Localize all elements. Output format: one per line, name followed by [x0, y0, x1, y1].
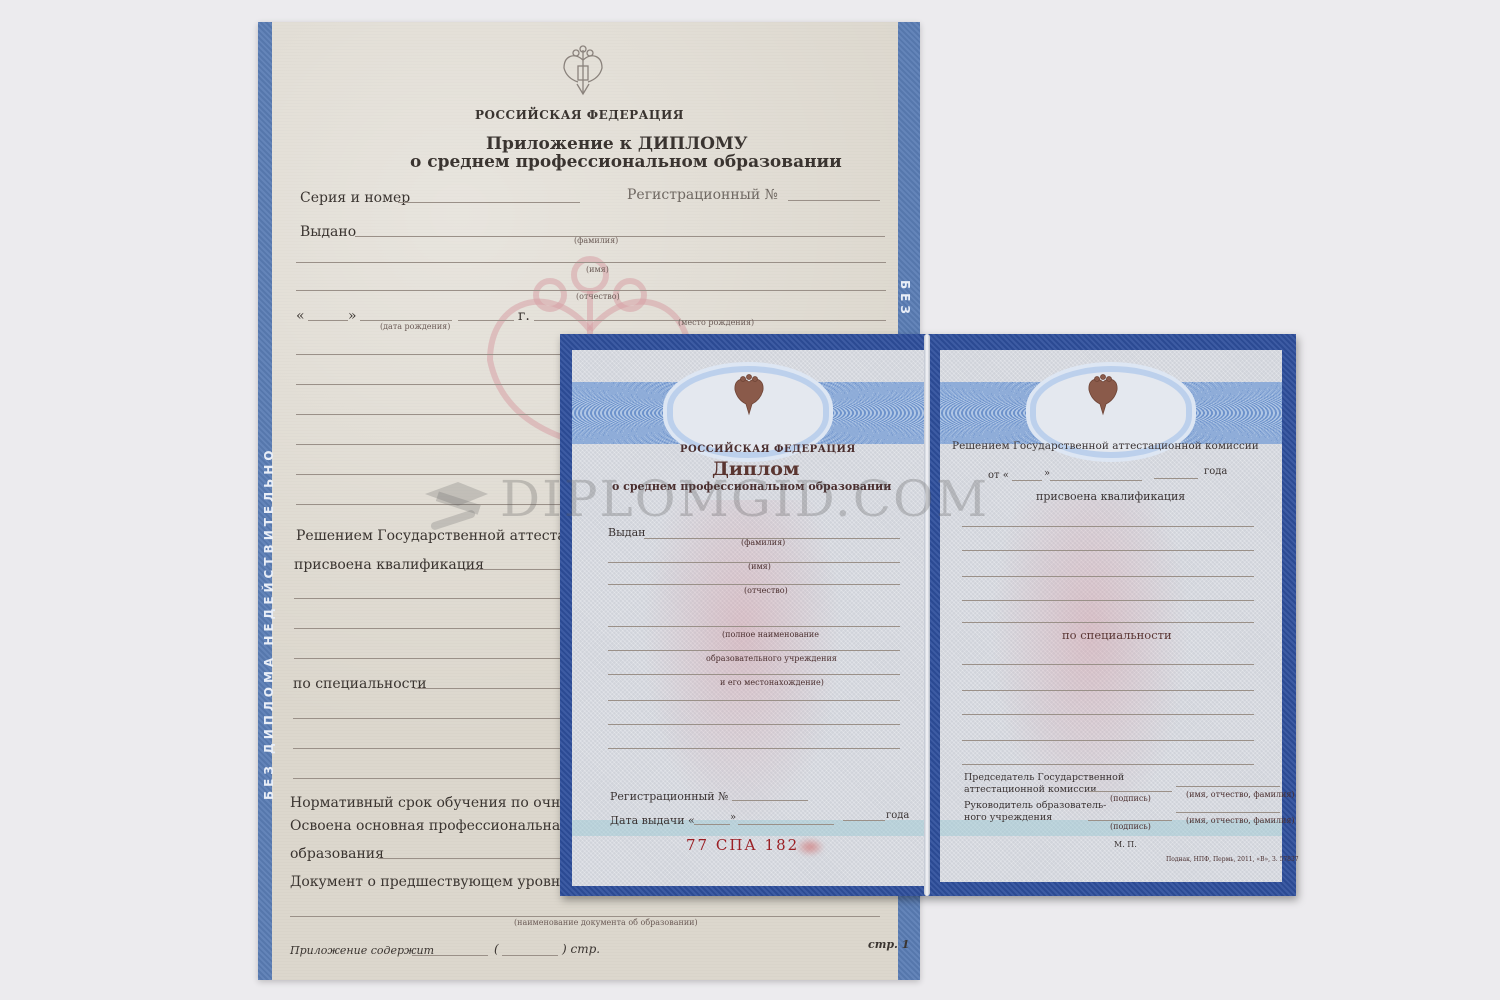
issue-date-label: Дата выдачи «	[610, 814, 695, 827]
prev-doc-label: Документ о предшествующем уровне обр	[290, 874, 599, 890]
seal-label: М. П.	[1114, 840, 1137, 849]
diploma-country: РОССИЙСКАЯ ФЕДЕРАЦИЯ	[680, 444, 856, 455]
commission-year-field	[1154, 478, 1198, 479]
hint-birthplace: (место рождения)	[678, 318, 754, 327]
diploma-left-page	[572, 350, 924, 886]
birth-month-field	[360, 320, 452, 321]
line	[608, 626, 900, 627]
hint-signature: (подпись)	[1110, 822, 1151, 831]
from-close: »	[1044, 468, 1050, 479]
qualification-label: присвоена квалификация	[294, 557, 484, 573]
coat-of-arms-icon	[560, 44, 606, 100]
hint-name: (имя)	[586, 265, 609, 274]
hint-patronymic: (отчество)	[744, 586, 788, 595]
patronymic-field	[296, 290, 886, 291]
hint-institution-3: и его местонахождение)	[720, 678, 824, 687]
line	[962, 622, 1254, 623]
printer-note: Поднак, НПФ, Пермь, 2011, «В», З. 57837	[1166, 856, 1299, 863]
appendix-subtitle: о среднем профессиональном образовании	[410, 152, 842, 172]
hint-surname: (фамилия)	[574, 236, 618, 245]
line	[608, 650, 900, 651]
page-number: стр. 1	[868, 938, 909, 951]
year-label: года	[886, 810, 909, 821]
hint-institution-1: (полное наименование	[722, 630, 819, 639]
site-watermark: DIPLOMGID.COM	[500, 470, 989, 528]
hint-institution-2: образовательного учреждения	[706, 654, 837, 663]
series-field	[398, 202, 580, 203]
reg-field	[732, 800, 808, 801]
reg-label: Регистрационный №	[610, 790, 729, 803]
line	[962, 550, 1254, 551]
chair-signature-field	[1088, 791, 1172, 792]
year-suffix: г.	[518, 308, 530, 324]
line	[608, 724, 900, 725]
surname-field	[355, 236, 885, 237]
redacted-digits	[796, 838, 824, 856]
issue-month-field	[738, 824, 834, 825]
line	[962, 526, 1254, 527]
hint-patronymic: (отчество)	[576, 292, 620, 301]
series-label: Серия и номер	[300, 190, 410, 206]
graduation-cap-logo-icon	[420, 474, 490, 534]
paren-open: (	[494, 942, 499, 956]
head-label-1: Руководитель образователь-	[964, 800, 1106, 811]
hint-fullname: (имя, отчество, фамилия)	[1186, 816, 1295, 825]
name-field	[296, 262, 886, 263]
date-close: »	[348, 308, 357, 324]
appendix-spine-text-right: БЕЗ	[898, 280, 912, 318]
education-label: образования	[290, 846, 384, 862]
coat-of-arms-icon	[1086, 374, 1120, 420]
chair-label-1: Председатель Государственной	[964, 772, 1124, 783]
issue-day-field	[694, 824, 730, 825]
line	[962, 664, 1254, 665]
issued-label: Выдано	[300, 224, 356, 240]
hint-surname: (фамилия)	[741, 538, 785, 547]
head-name-field	[1176, 812, 1280, 813]
pages-suffix: ) стр.	[562, 942, 600, 956]
line	[608, 674, 900, 675]
chair-label-2: аттестационной комиссии	[964, 784, 1097, 795]
line	[962, 690, 1254, 691]
coat-of-arms-icon	[732, 374, 766, 420]
hint-fullname: (имя, отчество, фамилия)	[1186, 790, 1295, 799]
contains-count-field	[412, 955, 488, 956]
from-label: от «	[988, 470, 1009, 481]
hint-signature: (подпись)	[1110, 794, 1151, 803]
contains-words-field	[502, 955, 558, 956]
appendix-title: Приложение к ДИПЛОМУ	[486, 134, 748, 154]
emblem-watermark	[642, 500, 842, 830]
head-signature-field	[1088, 820, 1172, 821]
year-label: года	[1204, 466, 1227, 477]
issue-year-field	[843, 820, 885, 821]
birth-day-field	[308, 320, 348, 321]
hint-name: (имя)	[748, 562, 771, 571]
line	[962, 600, 1254, 601]
appendix-country: РОССИЙСКАЯ ФЕДЕРАЦИЯ	[475, 108, 684, 122]
line	[608, 700, 900, 701]
birth-year-field	[458, 320, 514, 321]
line	[962, 764, 1254, 765]
study-term-label: Нормативный срок обучения по очной ф	[290, 795, 593, 811]
specialty-label: по специальности	[1062, 628, 1172, 642]
diploma-serial-number: 77 СПА 182	[686, 836, 799, 854]
reg-label: Регистрационный №	[627, 187, 778, 203]
prev-doc-field	[290, 916, 880, 917]
line	[962, 740, 1254, 741]
hint-doc-name: (наименование документа об образовании)	[514, 918, 698, 927]
line	[608, 748, 900, 749]
commission-decision-label: Решением Государственной аттестационной …	[952, 440, 1259, 452]
reg-field	[788, 200, 880, 201]
commission-day-field	[1012, 480, 1042, 481]
commission-month-field	[1050, 480, 1142, 481]
date-close: »	[730, 812, 736, 823]
specialty-label: по специальности	[293, 676, 427, 692]
patronymic-field	[608, 584, 900, 585]
appendix-spine-text: БЕЗ ДИПЛОМА НЕДЕЙСТВИТЕЛЬНО	[262, 447, 276, 800]
date-open: «	[296, 308, 305, 324]
elastic-band	[924, 334, 930, 896]
head-label-2: ного учреждения	[964, 812, 1052, 823]
line	[962, 576, 1254, 577]
qualification-label: присвоена квалификация	[1036, 490, 1185, 503]
line	[962, 714, 1254, 715]
chair-name-field	[1176, 786, 1280, 787]
hint-birthdate: (дата рождения)	[380, 322, 450, 331]
